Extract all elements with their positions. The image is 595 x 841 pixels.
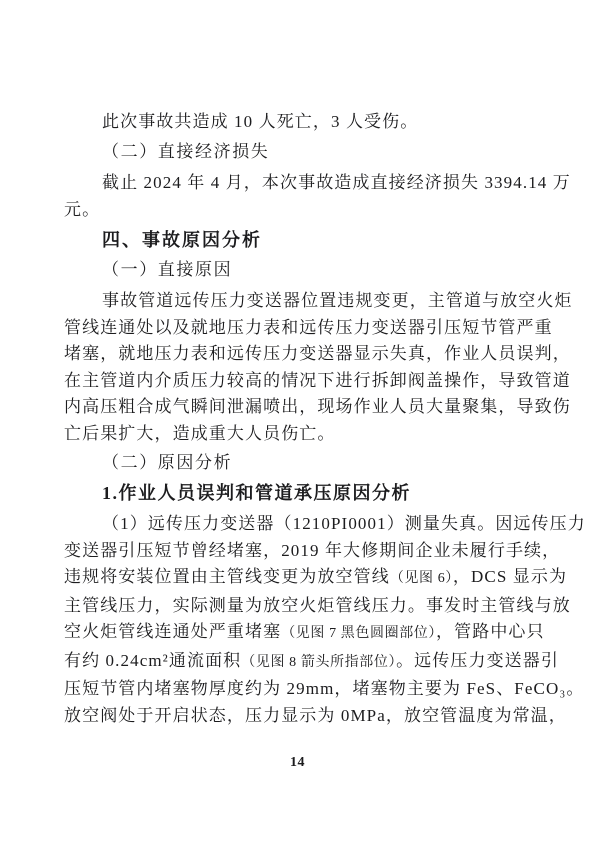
text-line: （二）直接经济损失 (64, 139, 534, 166)
text-segment: 主管线压力，实际测量为放空火炬管线压力。事发时主管线与放 (64, 596, 571, 615)
text-line: 1.作业人员误判和管道承压原因分析 (64, 480, 534, 507)
text-line: 在主管道内介质压力较高的情况下进行拆卸阀盖操作，导致管道 (64, 368, 534, 395)
text-line: 事故管道远传压力变送器位置违规变更，主管道与放空火炬 (64, 288, 534, 315)
document-body: 此次事故共造成 10 人死亡，3 人受伤。（二）直接经济损失截止 2024 年 … (64, 109, 534, 729)
economic-loss-paragraph: 截止 2024 年 4 月，本次事故造成直接经济损失 3394.14 万元。 (64, 170, 534, 223)
text-segment: （二）直接经济损失 (102, 142, 269, 161)
text-segment: 空火炬管线连通处严重堵塞 (64, 622, 281, 641)
text-segment: ，管路中心只 (436, 622, 545, 641)
text-line: 有约 0.24cm²通流面积（见图 8 箭头所指部位）。远传压力变送器引 (64, 648, 534, 677)
figure-reference-note: （见图 6） (390, 571, 453, 586)
text-line: 四、事故原因分析 (64, 227, 534, 254)
text-line: 堵塞，就地压力表和远传压力变送器显示失真，作业人员误判， (64, 341, 534, 368)
text-segment: 内高压粗合成气瞬间泄漏喷出，现场作业人员大量聚集，导致伤 (64, 397, 571, 416)
text-line: （一）直接原因 (64, 257, 534, 284)
text-segment: 1.作业人员误判和管道承压原因分析 (102, 483, 411, 503)
document-page: 此次事故共造成 10 人死亡，3 人受伤。（二）直接经济损失截止 2024 年 … (0, 0, 595, 841)
text-segment: 放空阀处于开启状态，压力显示为 0MPa，放空管温度为常温， (64, 706, 567, 725)
heading-accident-cause-analysis: 四、事故原因分析 (64, 227, 534, 254)
text-segment: 堵塞，就地压力表和远传压力变送器显示失真，作业人员误判， (64, 344, 571, 363)
text-line: 此次事故共造成 10 人死亡，3 人受伤。 (64, 109, 534, 136)
text-line: （二）原因分析 (64, 450, 534, 477)
figure-reference-note: （见图 8 箭头所指部位） (241, 655, 396, 670)
text-line: 放空阀处于开启状态，压力显示为 0MPa，放空管温度为常温， (64, 703, 534, 730)
text-line: 空火炬管线连通处严重堵塞（见图 7 黑色圆圈部位），管路中心只 (64, 619, 534, 648)
text-line: 变送器引压短节曾经堵塞，2019 年大修期间企业未履行手续， (64, 538, 534, 565)
text-segment: 此次事故共造成 10 人死亡，3 人受伤。 (102, 112, 418, 131)
text-segment: 元。 (64, 200, 100, 219)
text-segment: 压短节管内堵塞物厚度约为 29mm，堵塞物主要为 FeS、FeCO₃。 (64, 679, 584, 698)
direct-cause-paragraph: 事故管道远传压力变送器位置违规变更，主管道与放空火炬管线连通处以及就地压力表和远… (64, 288, 534, 447)
casualty-summary-paragraph: 此次事故共造成 10 人死亡，3 人受伤。 (64, 109, 534, 136)
text-segment: 截止 2024 年 4 月，本次事故造成直接经济损失 3394.14 万 (102, 173, 571, 192)
text-line: 内高压粗合成气瞬间泄漏喷出，现场作业人员大量聚集，导致伤 (64, 394, 534, 421)
heading-misjudgment-pressure-analysis: 1.作业人员误判和管道承压原因分析 (64, 480, 534, 507)
text-line: 管线连通处以及就地压力表和远传压力变送器引压短节管严重 (64, 315, 534, 342)
text-segment: 亡后果扩大，造成重大人员伤亡。 (64, 424, 336, 443)
text-segment: ，DCS 显示为 (453, 567, 567, 586)
text-segment: 事故管道远传压力变送器位置违规变更，主管道与放空火炬 (102, 291, 573, 310)
text-segment: （一）直接原因 (102, 260, 232, 279)
transmitter-distortion-paragraph: （1）远传压力变送器（1210PI0001）测量失真。因远传压力变送器引压短节曾… (64, 511, 534, 729)
text-line: （1）远传压力变送器（1210PI0001）测量失真。因远传压力 (64, 511, 534, 538)
page-number: 14 (0, 755, 595, 771)
heading-direct-cause: （一）直接原因 (64, 257, 534, 284)
text-line: 截止 2024 年 4 月，本次事故造成直接经济损失 3394.14 万 (64, 170, 534, 197)
text-line: 压短节管内堵塞物厚度约为 29mm，堵塞物主要为 FeS、FeCO₃。 (64, 676, 534, 703)
text-segment: 变送器引压短节曾经堵塞，2019 年大修期间企业未履行手续， (64, 541, 560, 560)
text-segment: 违规将安装位置由主管线变更为放空管线 (64, 567, 390, 586)
text-segment: （二）原因分析 (102, 453, 232, 472)
text-line: 违规将安装位置由主管线变更为放空管线（见图 6），DCS 显示为 (64, 564, 534, 593)
text-line: 亡后果扩大，造成重大人员伤亡。 (64, 421, 534, 448)
figure-reference-note: （见图 7 黑色圆圈部位） (281, 626, 436, 641)
text-line: 主管线压力，实际测量为放空火炬管线压力。事发时主管线与放 (64, 593, 534, 620)
text-segment: 管线连通处以及就地压力表和远传压力变送器引压短节管严重 (64, 318, 553, 337)
text-segment: 有约 0.24cm²通流面积 (64, 651, 241, 670)
text-segment: 。远传压力变送器引 (396, 651, 559, 670)
heading-cause-analysis: （二）原因分析 (64, 450, 534, 477)
text-segment: 四、事故原因分析 (102, 230, 262, 250)
heading-direct-economic-loss: （二）直接经济损失 (64, 139, 534, 166)
text-segment: （1）远传压力变送器（1210PI0001）测量失真。因远传压力 (102, 514, 586, 533)
text-line: 元。 (64, 197, 534, 224)
text-segment: 在主管道内介质压力较高的情况下进行拆卸阀盖操作，导致管道 (64, 371, 571, 390)
